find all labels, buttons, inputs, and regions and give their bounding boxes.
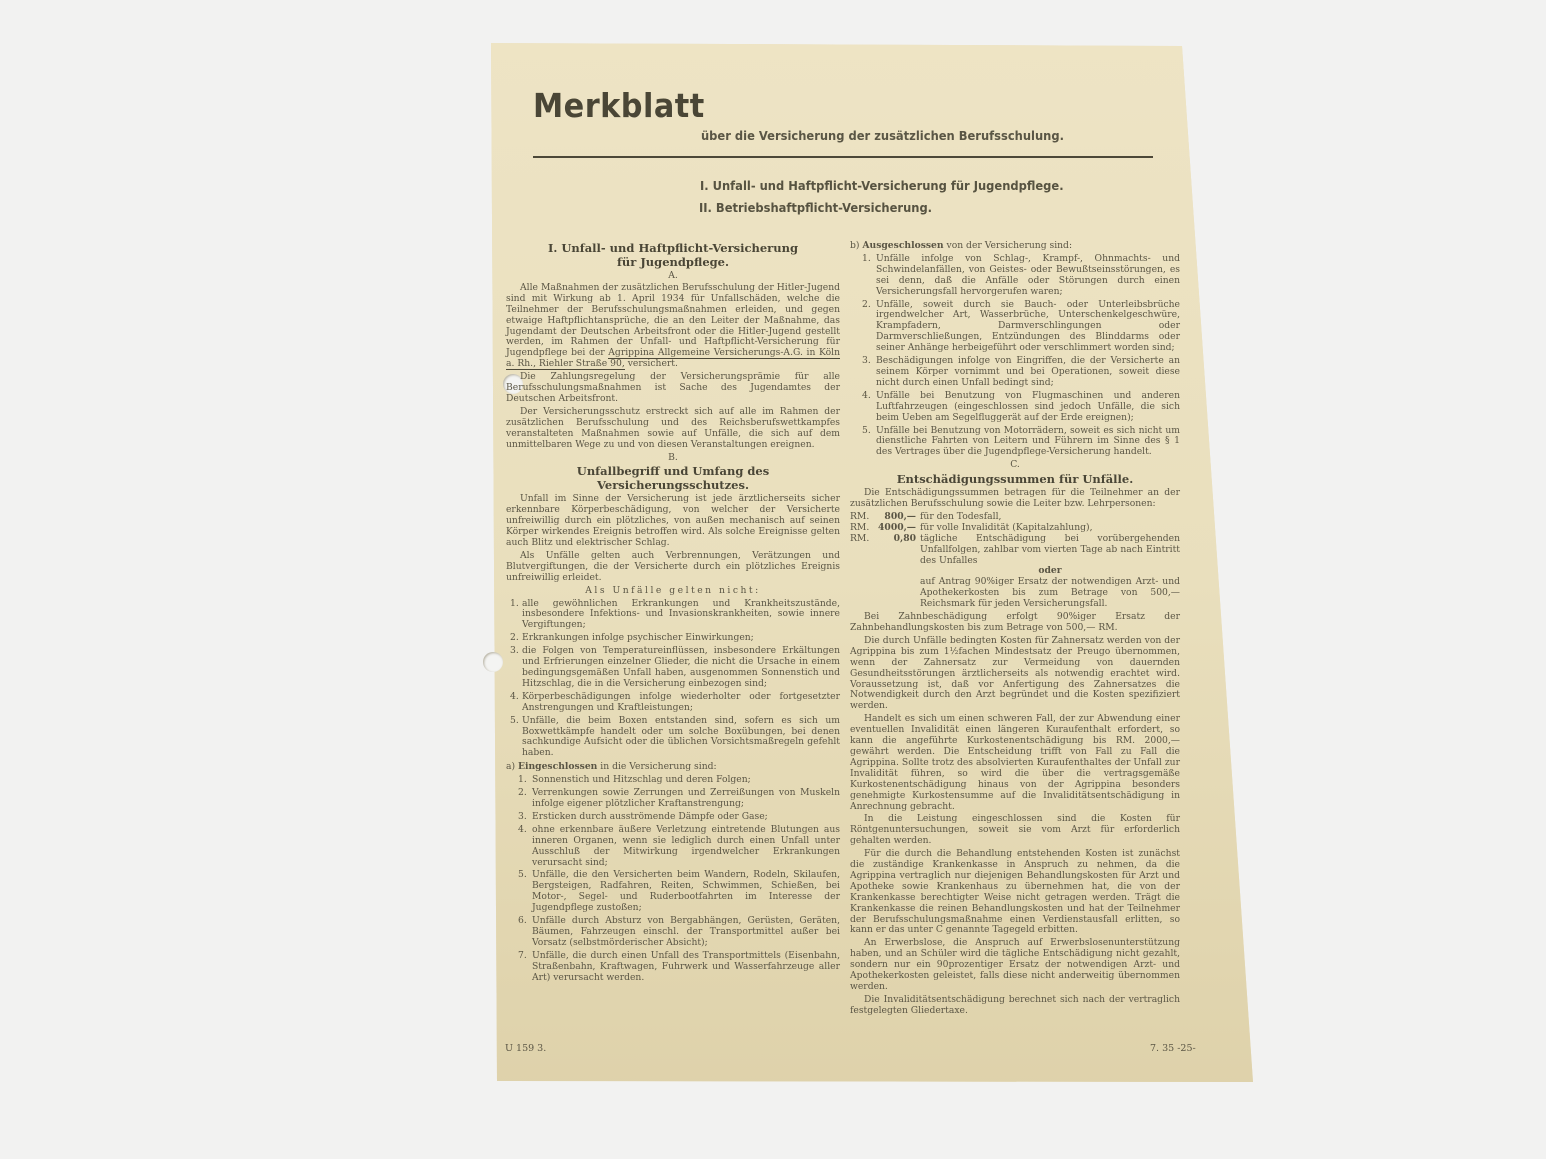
- right-column: b) Ausgeschlossen von der Versicherung s…: [850, 241, 1180, 1019]
- heading-1: I. Unfall- und Haftpflicht-Versicherung …: [700, 178, 1064, 193]
- alternative-text: auf Antrag 90%iger Ersatz der notwendige…: [920, 577, 1180, 610]
- document-content: Merkblatt über die Versicherung der zusä…: [0, 0, 1546, 1159]
- part-c-intro: Die Entschädigungssummen betragen für di…: [850, 488, 1180, 510]
- health-insurance-paragraph: Für die durch die Behandlung entstehende…: [850, 849, 1180, 936]
- list-item: 1.Sonnenstich und Hitzschlag und deren F…: [506, 775, 840, 786]
- cure-paragraph: Handelt es sich um einen schweren Fall, …: [850, 714, 1180, 812]
- dental-replacement-paragraph: Die durch Unfälle bedingten Kosten für Z…: [850, 636, 1180, 712]
- part-c-letter: C.: [850, 460, 1180, 471]
- document-title: Merkblatt: [533, 86, 705, 125]
- dental-paragraph: Bei Zahnbeschädigung erfolgt 90%iger Ers…: [850, 612, 1180, 634]
- unemployed-paragraph: An Erwerbslose, die Anspruch auf Erwerbs…: [850, 938, 1180, 993]
- footer-form-number: U 159 3.: [505, 1043, 546, 1054]
- part-a-paragraph-3: Der Versicherungsschutz erstreckt sich a…: [506, 407, 840, 451]
- invalidity-paragraph: Die Invaliditätsentschädigung berechnet …: [850, 995, 1180, 1017]
- part-b-paragraph-1: Unfall im Sinne der Versicherung ist jed…: [506, 494, 840, 549]
- xray-paragraph: In die Leistung eingeschlossen sind die …: [850, 814, 1180, 847]
- excluded-list: 1.Unfälle infolge von Schlag-, Krampf-, …: [850, 254, 1180, 458]
- alternative-block: oder auf Antrag 90%iger Ersatz der notwe…: [850, 566, 1180, 610]
- list-item: 7.Unfälle, die durch einen Unfall des Tr…: [506, 951, 840, 984]
- part-b-paragraph-2: Als Unfälle gelten auch Verbrennungen, V…: [506, 551, 840, 584]
- list-item: 4.ohne erkennbare äußere Verletzung eint…: [506, 825, 840, 869]
- document-subtitle: über die Versicherung der zusätzlichen B…: [701, 128, 1064, 143]
- list-item: 2.Unfälle, soweit durch sie Bauch- oder …: [850, 300, 1180, 355]
- part-b-title: Unfallbegriff und Umfang des Versicherun…: [506, 464, 840, 492]
- included-heading: a) Eingeschlossen in die Versicherung si…: [506, 762, 840, 773]
- list-item: 1.alle gewöhnlichen Erkrankungen und Kra…: [506, 599, 840, 632]
- part-a-letter: A.: [506, 271, 840, 282]
- part-c-title: Entschädigungssummen für Unfälle.: [850, 472, 1180, 486]
- included-list: 1.Sonnenstich und Hitzschlag und deren F…: [506, 775, 840, 983]
- excluded-heading: b) Ausgeschlossen von der Versicherung s…: [850, 241, 1180, 252]
- left-column: I. Unfall- und Haftpflicht-Versicherung …: [506, 240, 840, 985]
- list-item: 4.Unfälle bei Benutzung von Flugmaschine…: [850, 391, 1180, 424]
- list-item: 3.Ersticken durch ausströmende Dämpfe od…: [506, 812, 840, 823]
- section-title: I. Unfall- und Haftpflicht-Versicherung …: [506, 241, 840, 269]
- amount-row: RM.0,80tägliche Entschädigung bei vorübe…: [850, 534, 1180, 567]
- list-item: 5.Unfälle bei Benutzung von Motorrädern,…: [850, 426, 1180, 459]
- list-item: 1.Unfälle infolge von Schlag-, Krampf-, …: [850, 254, 1180, 298]
- part-a-paragraph-1: Alle Maßnahmen der zusätzlichen Berufssc…: [506, 283, 840, 370]
- footer-print-code: 7. 35 -25-: [1150, 1043, 1196, 1054]
- title-rule: [533, 156, 1153, 158]
- list-item: 5.Unfälle, die beim Boxen entstanden sin…: [506, 716, 840, 760]
- list-item: 4.Körperbeschädigungen infolge wiederhol…: [506, 692, 840, 714]
- list-item: 5.Unfälle, die den Versicherten beim Wan…: [506, 870, 840, 914]
- heading-2: II. Betriebshaftpflicht-Versicherung.: [699, 200, 932, 215]
- list-item: 2.Erkrankungen infolge psychischer Einwi…: [506, 633, 840, 644]
- part-a-paragraph-2: Die Zahlungsregelung der Versicherungspr…: [506, 372, 840, 405]
- list-item: 3.Beschädigungen infolge von Eingriffen,…: [850, 356, 1180, 389]
- not-accidents-title: Als Unfälle gelten nicht:: [506, 586, 840, 597]
- list-item: 3.die Folgen von Temperatureinflüssen, i…: [506, 646, 840, 690]
- not-accidents-list: 1.alle gewöhnlichen Erkrankungen und Kra…: [506, 599, 840, 760]
- list-item: 2.Verrenkungen sowie Zerrungen und Zerre…: [506, 788, 840, 810]
- part-b-letter: B.: [506, 453, 840, 464]
- list-item: 6.Unfälle durch Absturz von Bergabhängen…: [506, 916, 840, 949]
